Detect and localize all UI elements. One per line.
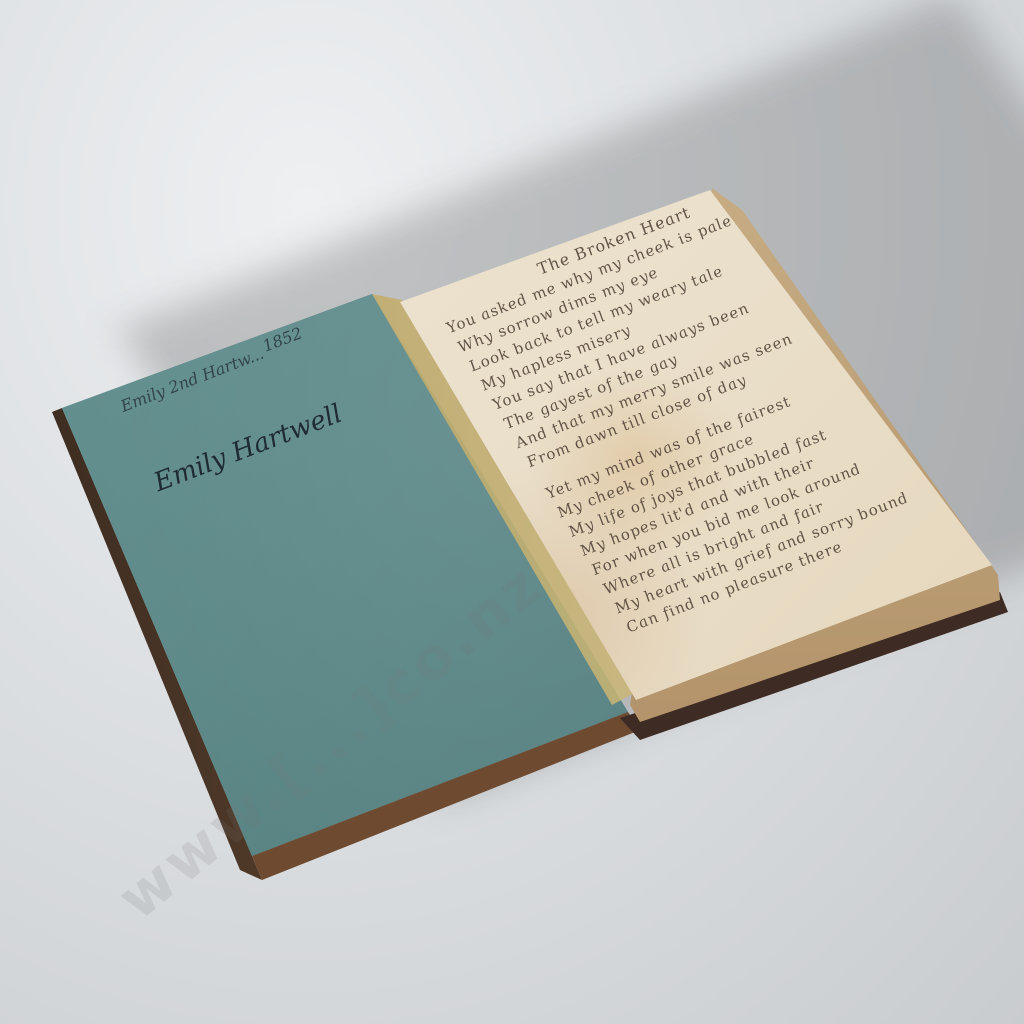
photo-scene: Emily 2nd Hartw... 1852 Emily Hartwell T…: [0, 0, 1024, 1024]
